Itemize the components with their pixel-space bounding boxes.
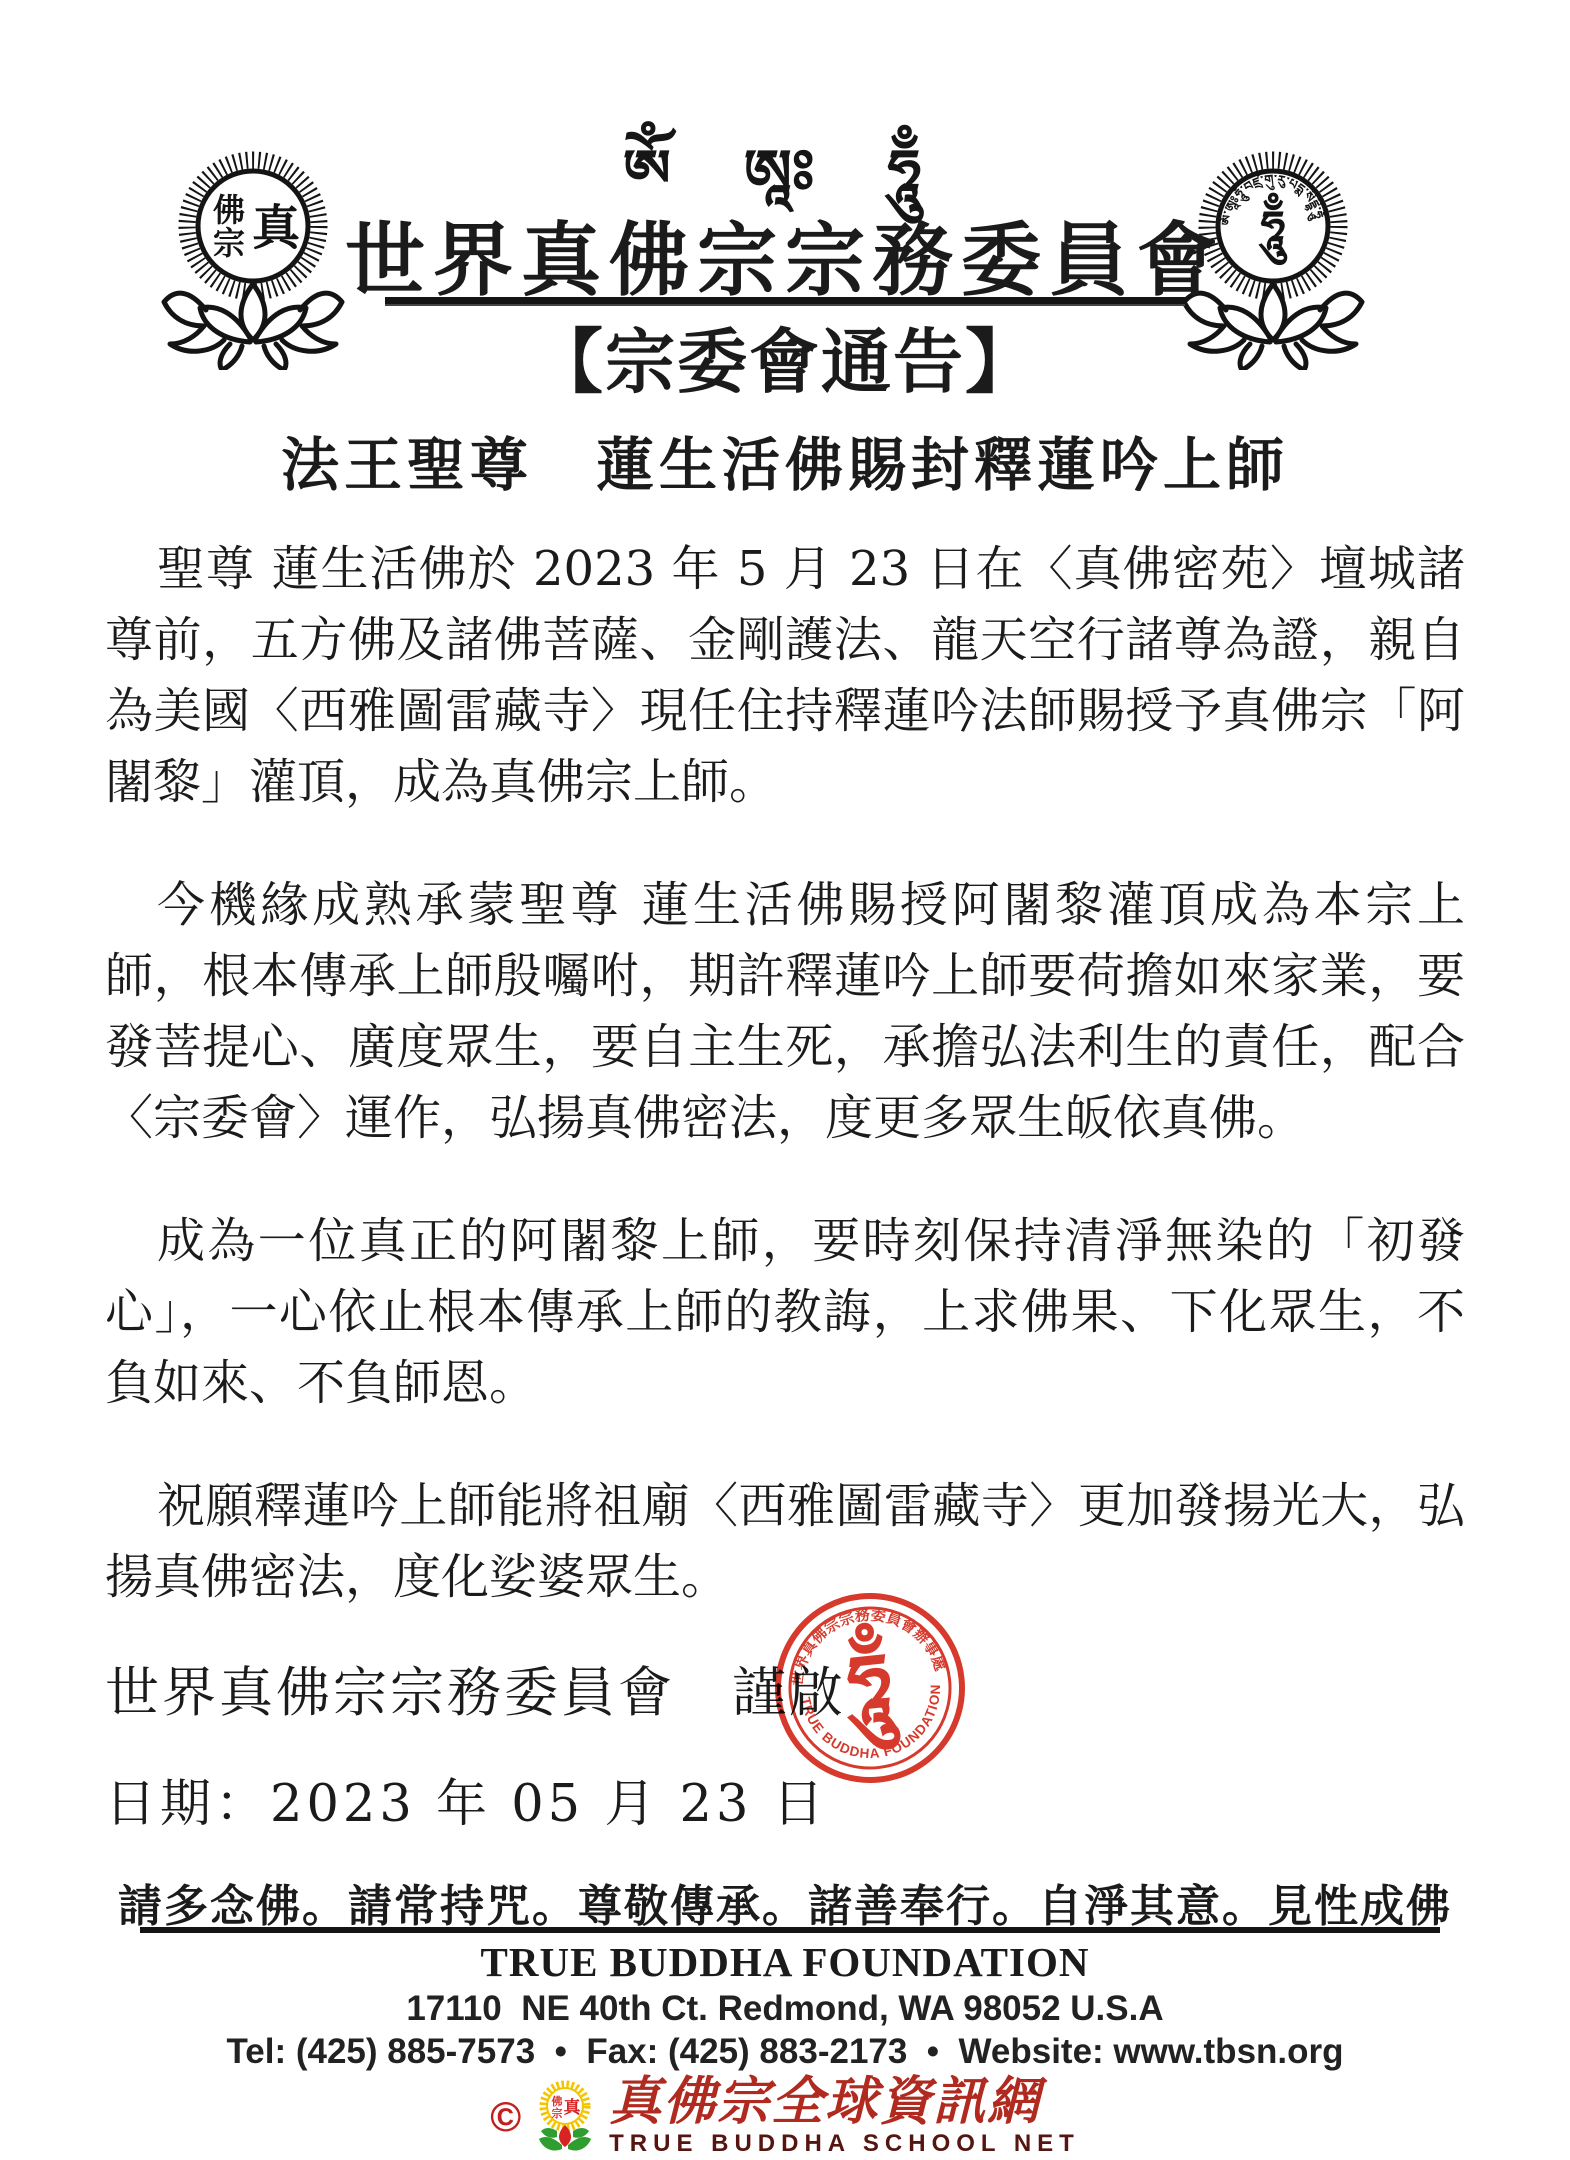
title-underline [385, 297, 1185, 306]
announcement-subtitle: 法王聖尊 蓮生活佛賜封釋蓮吟上師 [0, 418, 1570, 502]
seal-seed-syllable: ཧཱུྃ [837, 1620, 902, 1755]
site-logo: © 真 佛 宗 真佛宗全球資訊網 TRUE BUDDHA SCHOOL NET [0, 2076, 1570, 2158]
signature-line: 世界真佛宗宗務委員會 謹啟 [105, 1650, 846, 1727]
paragraph-4: 祝願釋蓮吟上師能將祖廟〈西雅圖雷藏寺〉更加發揚光大，弘揚真佛密法，度化娑婆眾生。 [105, 1471, 1465, 1613]
announcement-body: 聖尊 蓮生活佛於 2023 年 5 月 23 日在〈真佛密苑〉壇城諸尊前，五方佛… [105, 534, 1465, 1665]
foundation-name-en: TRUE BUDDHA FOUNDATION [0, 1938, 1570, 1986]
foundation-address: 17110 NE 40th Ct. Redmond, WA 98052 U.S.… [0, 1989, 1570, 2029]
site-name-en: TRUE BUDDHA SCHOOL NET [609, 2130, 1080, 2158]
foundation-contact: Tel: (425) 885-7573 • Fax: (425) 883-217… [0, 2032, 1570, 2072]
tbsn-emblem-char-fo: 佛 [552, 2094, 563, 2108]
foundation-seal-stamp: 世界真佛宗宗務委員會辦事處 TRUE BUDDHA FOUNDATION ཧཱུ… [760, 1578, 980, 1798]
paragraph-3: 成為一位真正的阿闍黎上師，要時刻保持清淨無染的「初發心」，一心依止根本傳承上師的… [105, 1206, 1465, 1419]
announcement-page: 真 佛 宗 ཨོཾ་ཨཱཿཧཱུྃ་བཛྲ་གུ་རུ་པདྨ་སིདྡྷི་ཧ… [0, 0, 1570, 2160]
footer-motto: 請多念佛。請常持咒。尊敬傳承。諸善奉行。自淨其意。見性成佛 [0, 1870, 1570, 1934]
tbsn-emblem-char-zong: 宗 [552, 2106, 563, 2120]
paragraph-1: 聖尊 蓮生活佛於 2023 年 5 月 23 日在〈真佛密苑〉壇城諸尊前，五方佛… [105, 534, 1465, 818]
organization-title: 世界真佛宗宗務委員會 [0, 196, 1570, 311]
copyright-icon: © [490, 2096, 521, 2138]
motto-underline [140, 1927, 1440, 1933]
site-name-zh: 真佛宗全球資訊網 [609, 2076, 1041, 2128]
tbsn-emblem-char-zhen: 真 [564, 2098, 582, 2118]
tbsn-emblem-lotus-icon [539, 2125, 591, 2151]
paragraph-2: 今機緣成熟承蒙聖尊 蓮生活佛賜授阿闍黎灌頂成為本宗上師，根本傳承上師殷囑咐，期許… [105, 870, 1465, 1154]
tbsn-emblem-icon: 真 佛 宗 [531, 2079, 599, 2155]
notice-banner: 【宗委會通告】 [0, 306, 1570, 407]
date-line: 日期：2023 年 05 月 23 日 [105, 1762, 828, 1836]
